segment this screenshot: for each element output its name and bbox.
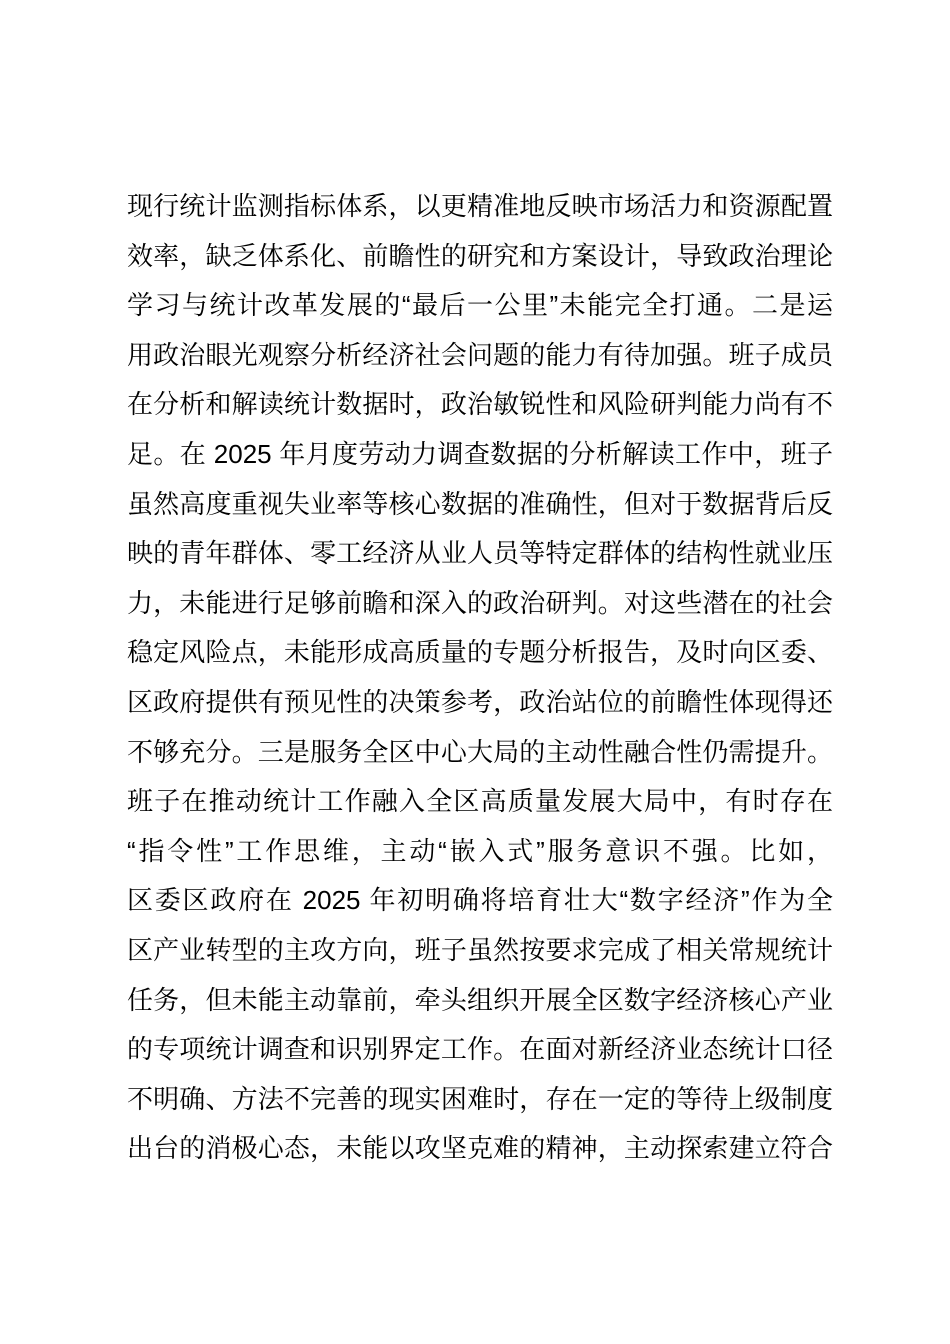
text-line: 区产业转型的主攻方向，班子虽然按要求完成了相关常规统计 — [127, 926, 833, 976]
text-line: 力，未能进行足够前瞻和深入的政治研判。对这些潜在的社会 — [127, 579, 833, 629]
text-line: 不明确、方法不完善的现实困难时，存在一定的等待上级制度 — [127, 1075, 833, 1125]
text-line: 班子在推动统计工作融入全区高质量发展大局中，有时存在 — [127, 777, 833, 827]
text-line: 出台的消极心态，未能以攻坚克难的精神，主动探索建立符合 — [127, 1124, 833, 1174]
text-line: 区委区政府在 2025 年初明确将培育壮大“数字经济”作为全 — [127, 876, 833, 926]
text-line: 虽然高度重视失业率等核心数据的准确性，但对于数据背后反 — [127, 480, 833, 530]
text-line: 任务，但未能主动靠前，牵头组织开展全区数字经济核心产业 — [127, 976, 833, 1026]
body-paragraph: 现行统计监测指标体系，以更精准地反映市场活力和资源配置 效率，缺乏体系化、前瞻性… — [127, 182, 833, 1174]
text-line: 足。在 2025 年月度劳动力调查数据的分析解读工作中，班子 — [127, 430, 833, 480]
text-line: 稳定风险点，未能形成高质量的专题分析报告，及时向区委、 — [127, 628, 833, 678]
text-line: 映的青年群体、零工经济从业人员等特定群体的结构性就业压 — [127, 529, 833, 579]
text-line: 现行统计监测指标体系，以更精准地反映市场活力和资源配置 — [127, 182, 833, 232]
text-line: 区政府提供有预见性的决策参考，政治站位的前瞻性体现得还 — [127, 678, 833, 728]
text-line: 用政治眼光观察分析经济社会问题的能力有待加强。班子成员 — [127, 331, 833, 381]
text-line: 学习与统计改革发展的“最后一公里”未能完全打通。二是运 — [127, 281, 833, 331]
text-line: 效率，缺乏体系化、前瞻性的研究和方案设计，导致政治理论 — [127, 232, 833, 282]
text-line: “指令性”工作思维，主动“嵌入式”服务意识不强。比如， — [127, 827, 833, 877]
text-line: 不够充分。三是服务全区中心大局的主动性融合性仍需提升。 — [127, 728, 833, 778]
text-line: 的专项统计调查和识别界定工作。在面对新经济业态统计口径 — [127, 1025, 833, 1075]
text-line: 在分析和解读统计数据时，政治敏锐性和风险研判能力尚有不 — [127, 380, 833, 430]
document-page: 现行统计监测指标体系，以更精准地反映市场活力和资源配置 效率，缺乏体系化、前瞻性… — [0, 0, 950, 1344]
